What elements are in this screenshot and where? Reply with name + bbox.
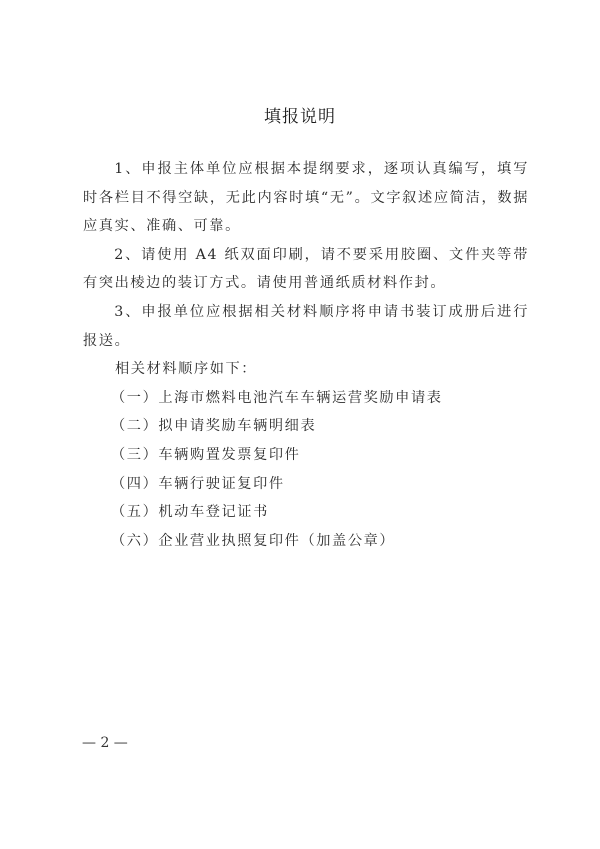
document-page: 填报说明 1、申报主体单位应根据本提纲要求，逐项认真编写，填写时各栏目不得空缺，…	[0, 0, 600, 849]
instruction-paragraph-2: 2、请使用 A4 纸双面印刷，请不要采用胶圈、文件夹等带有突出棱边的装订方式。请…	[83, 241, 529, 298]
materials-list-intro: 相关材料顺序如下：	[83, 355, 529, 384]
document-body: 1、申报主体单位应根据本提纲要求，逐项认真编写，填写时各栏目不得空缺，无此内容时…	[83, 155, 529, 555]
materials-list-item: （六）企业营业执照复印件（加盖公章）	[83, 527, 529, 556]
materials-list: （一）上海市燃料电池汽车车辆运营奖励申请表 （二）拟申请奖励车辆明细表 （三）车…	[83, 384, 529, 556]
materials-list-item: （五）机动车登记证书	[83, 498, 529, 527]
instruction-paragraph-1: 1、申报主体单位应根据本提纲要求，逐项认真编写，填写时各栏目不得空缺，无此内容时…	[83, 155, 529, 241]
materials-list-item: （一）上海市燃料电池汽车车辆运营奖励申请表	[83, 384, 529, 413]
instruction-paragraph-3: 3、申报单位应根据相关材料顺序将申请书装订成册后进行报送。	[83, 298, 529, 355]
materials-list-item: （四）车辆行驶证复印件	[83, 470, 529, 499]
page-title: 填报说明	[0, 102, 600, 127]
materials-list-item: （二）拟申请奖励车辆明细表	[83, 412, 529, 441]
page-number: — 2 —	[82, 735, 128, 751]
materials-list-item: （三）车辆购置发票复印件	[83, 441, 529, 470]
